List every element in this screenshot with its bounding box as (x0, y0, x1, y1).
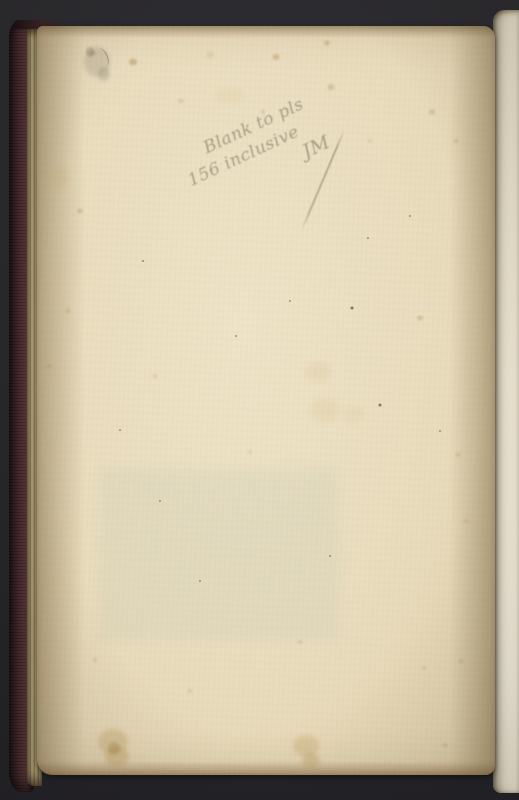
recto-page-edge (493, 10, 519, 793)
book-photograph: Blank to pls 156 inclusive JM (0, 0, 519, 800)
show-through-plate (100, 468, 338, 640)
